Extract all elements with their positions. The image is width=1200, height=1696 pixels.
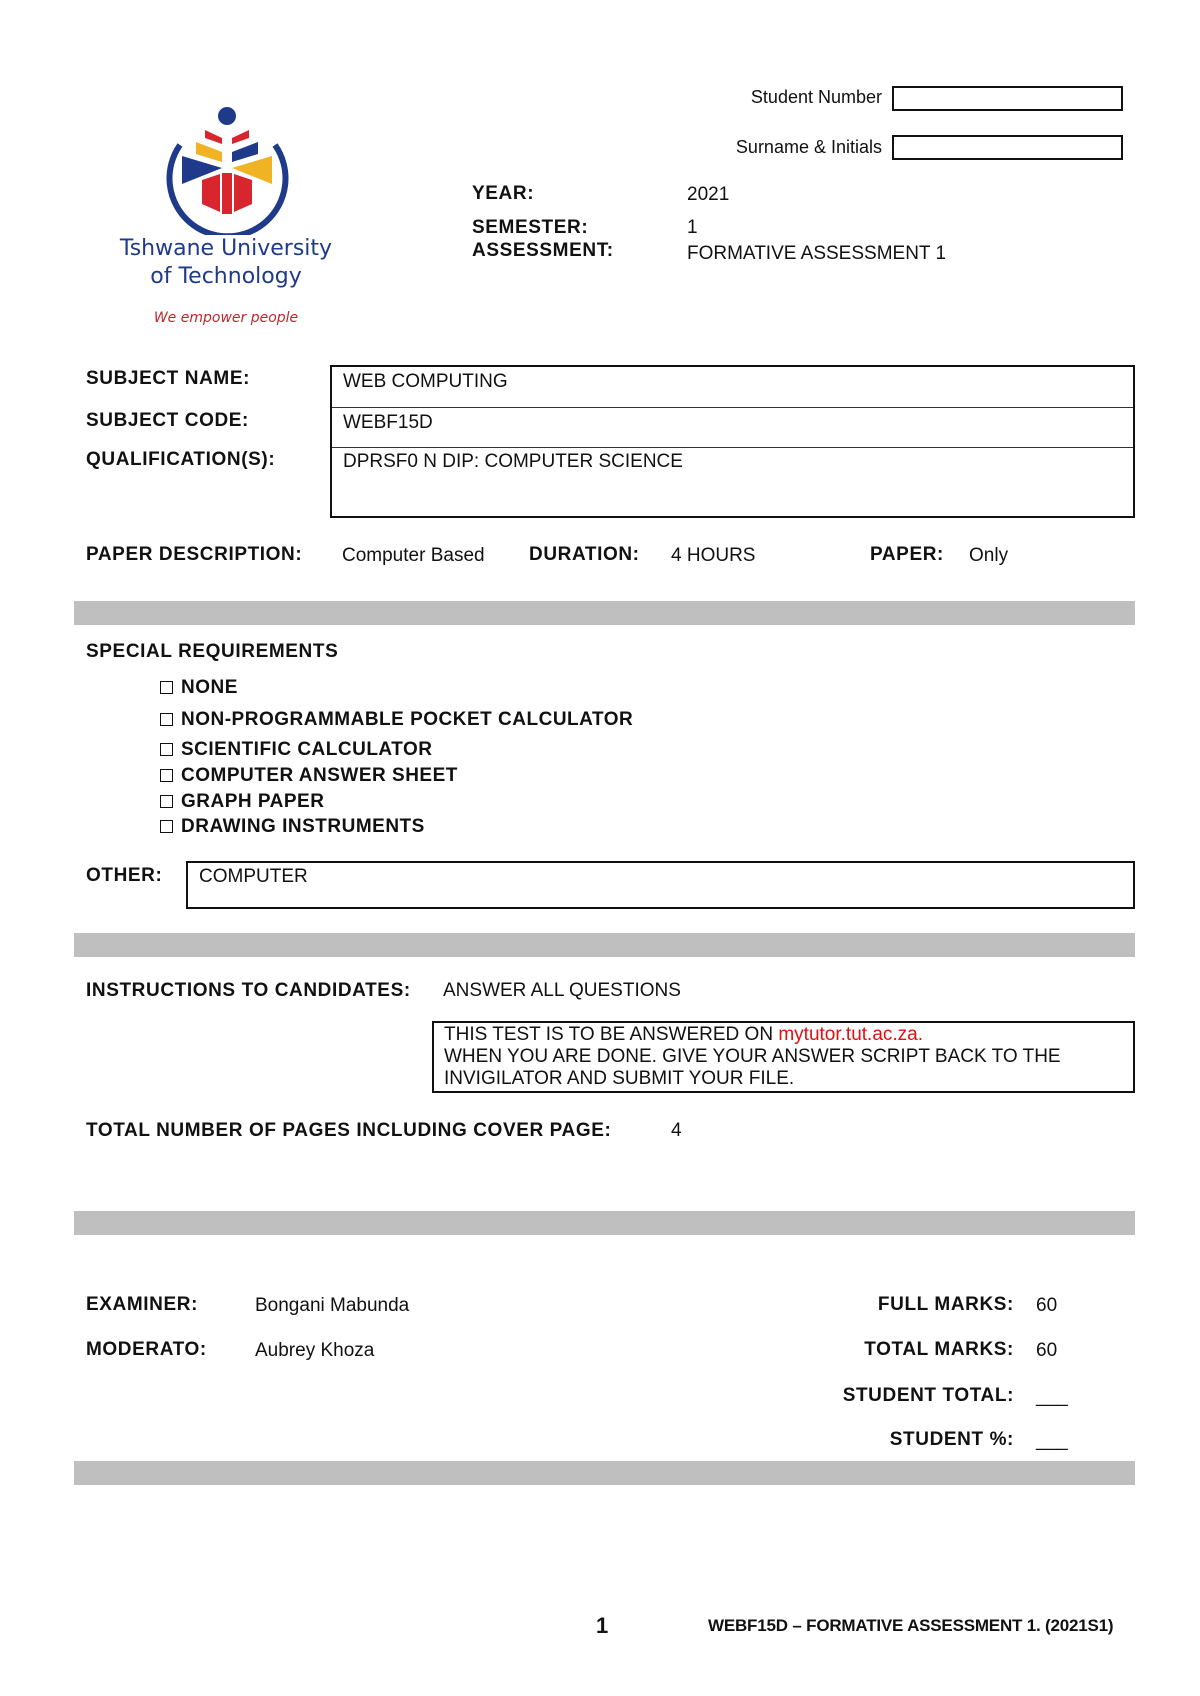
student-total-value[interactable]: ___ [1036, 1386, 1068, 1408]
subject-name-label: SUBJECT NAME: [86, 368, 250, 390]
moderator-label: MODERATO: [86, 1339, 207, 1361]
instructions-value: ANSWER ALL QUESTIONS [443, 980, 681, 1002]
checkbox-icon[interactable] [160, 769, 173, 782]
assessment-label: ASSESSMENT: [472, 240, 614, 262]
full-marks-label: FULL MARKS: [878, 1294, 1014, 1316]
semester-label: SEMESTER: [472, 217, 588, 239]
logo-emblem-icon [160, 100, 295, 235]
section-divider [74, 933, 1135, 957]
section-divider [74, 1461, 1135, 1485]
duration-value: 4 HOURS [671, 545, 755, 567]
subject-code-label: SUBJECT CODE: [86, 410, 249, 432]
logo-tagline: We empower people [96, 310, 356, 326]
qualification-value: DPRSF0 N DIP: COMPUTER SCIENCE [343, 451, 683, 473]
paper-value: Only [969, 545, 1008, 567]
checkbox-icon[interactable] [160, 743, 173, 756]
examiner-value: Bongani Mabunda [255, 1295, 409, 1317]
special-requirements-title: SPECIAL REQUIREMENTS [86, 641, 338, 663]
surname-label: Surname & Initials [736, 137, 882, 158]
requirement-none[interactable]: NONE [160, 677, 238, 699]
total-pages-value: 4 [671, 1120, 682, 1142]
duration-label: DURATION: [529, 544, 640, 566]
student-percent-label: STUDENT %: [890, 1429, 1014, 1451]
total-pages-label: TOTAL NUMBER OF PAGES INCLUDING COVER PA… [86, 1120, 611, 1142]
paper-description-label: PAPER DESCRIPTION: [86, 544, 302, 566]
other-field: COMPUTER [186, 861, 1135, 909]
year-value: 2021 [687, 184, 729, 206]
checkbox-icon[interactable] [160, 820, 173, 833]
footer-text: WEBF15D – FORMATIVE ASSESSMENT 1. (2021S… [708, 1616, 1113, 1636]
student-number-label: Student Number [751, 87, 882, 108]
mytutor-link[interactable]: mytutor.tut.ac.za. [778, 1024, 923, 1045]
year-label: YEAR: [472, 183, 534, 205]
paper-description-value: Computer Based [342, 545, 485, 567]
other-label: OTHER: [86, 865, 162, 887]
logo-name-line1: Tshwane University [96, 236, 356, 261]
requirement-scientific-calculator[interactable]: SCIENTIFIC CALCULATOR [160, 739, 433, 761]
moderator-value: Aubrey Khoza [255, 1340, 374, 1362]
section-divider [74, 601, 1135, 625]
surname-initials-field[interactable] [892, 135, 1123, 160]
student-total-label: STUDENT TOTAL: [843, 1385, 1014, 1407]
subject-code-value: WEBF15D [343, 412, 433, 434]
section-divider [74, 1211, 1135, 1235]
instruction-line-3: INVIGILATOR AND SUBMIT YOUR FILE. [444, 1068, 794, 1090]
student-number-field[interactable] [892, 86, 1123, 111]
total-marks-label: TOTAL MARKS: [864, 1339, 1014, 1361]
checkbox-icon[interactable] [160, 713, 173, 726]
paper-label: PAPER: [870, 544, 944, 566]
instructions-box: THIS TEST IS TO BE ANSWERED ON mytutor.t… [432, 1021, 1135, 1093]
requirement-drawing-instruments[interactable]: DRAWING INSTRUMENTS [160, 816, 425, 838]
examiner-label: EXAMINER: [86, 1294, 198, 1316]
assessment-value: FORMATIVE ASSESSMENT 1 [687, 243, 946, 265]
student-percent-value[interactable]: ___ [1036, 1430, 1068, 1452]
checkbox-icon[interactable] [160, 795, 173, 808]
subject-name-value: WEB COMPUTING [343, 371, 508, 393]
instructions-label: INSTRUCTIONS TO CANDIDATES: [86, 980, 411, 1002]
total-marks-value: 60 [1036, 1340, 1057, 1362]
semester-value: 1 [687, 217, 698, 239]
qualification-label: QUALIFICATION(S): [86, 449, 275, 471]
requirement-pocket-calculator[interactable]: NON-PROGRAMMABLE POCKET CALCULATOR [160, 709, 633, 731]
full-marks-value: 60 [1036, 1295, 1057, 1317]
requirement-answer-sheet[interactable]: COMPUTER ANSWER SHEET [160, 765, 458, 787]
instruction-line-2: WHEN YOU ARE DONE. GIVE YOUR ANSWER SCRI… [444, 1046, 1061, 1068]
checkbox-icon[interactable] [160, 681, 173, 694]
logo-name-line2: of Technology [96, 264, 356, 289]
requirement-graph-paper[interactable]: GRAPH PAPER [160, 791, 324, 813]
other-value: COMPUTER [199, 866, 308, 888]
instruction-line-1: THIS TEST IS TO BE ANSWERED ON mytutor.t… [444, 1024, 923, 1046]
page-number: 1 [596, 1613, 608, 1639]
subject-details-table: WEB COMPUTING WEBF15D DPRSF0 N DIP: COMP… [330, 365, 1135, 518]
